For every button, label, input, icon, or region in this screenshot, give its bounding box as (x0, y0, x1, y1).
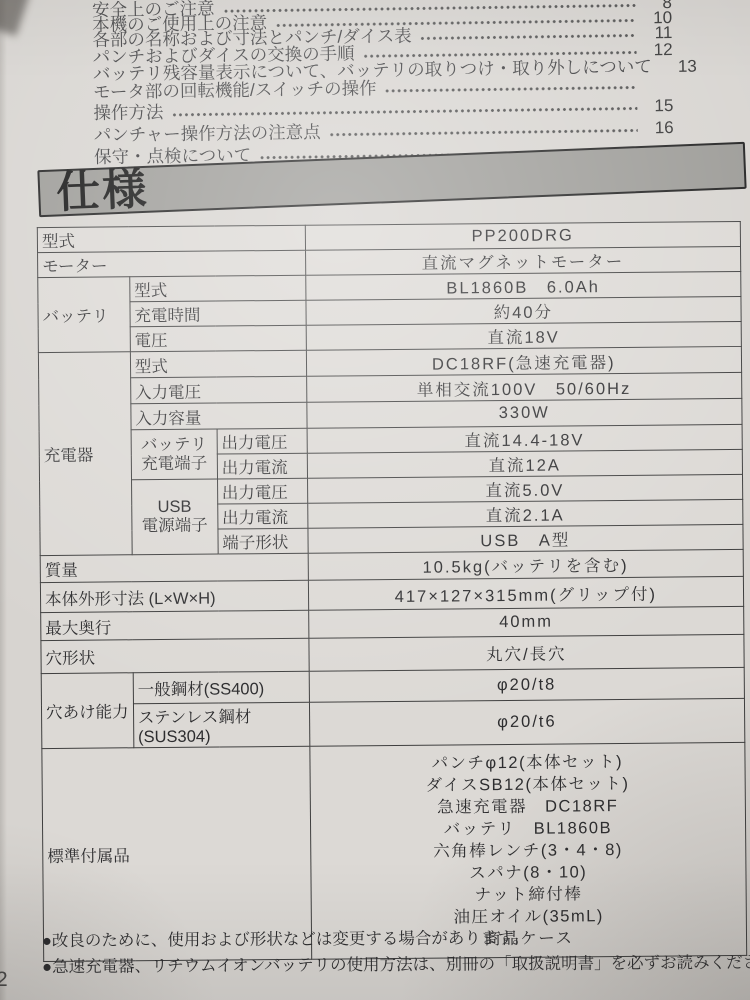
spec-value-cell: 10.5kg(バッテリを含む) (308, 549, 744, 580)
spec-group-cell: 充電器 (38, 352, 132, 556)
spec-value-cell: 単相交流100V 50/60Hz (306, 372, 742, 402)
spec-label-cell: 電圧 (130, 325, 306, 352)
spec-value-cell: 直流18V (306, 321, 742, 350)
toc-item: 操作方法 15 (93, 98, 673, 121)
spec-label-cell: 入力電圧 (130, 376, 306, 404)
spec-group-cell: 穴あけ能力 (41, 673, 133, 749)
section-title: 仕様 (39, 167, 149, 215)
spec-label-cell: モーター (38, 250, 306, 277)
spec-label-cell: 出力電圧 (217, 478, 307, 504)
group-line-1: バッテリ (141, 435, 207, 454)
group-line-1: USB (157, 498, 191, 516)
spec-value-cell: PP200DRG (305, 221, 741, 250)
spec-value-cell: BL1860B 6.0Ah (305, 271, 741, 300)
group-line-2: 充電端子 (141, 454, 207, 473)
spec-value-cell: φ20/t8 (309, 667, 745, 702)
toc-page-number: 11 (642, 25, 672, 40)
spec-value-cell: 直流2.1A (307, 499, 743, 528)
spec-group-cell: バッテリ充電端子 (131, 429, 217, 480)
footnotes: ●改良のために、使用および形状などは変更する場合があります。 ●急速充電器、リチ… (42, 924, 748, 980)
spec-label-cell: 型式 (130, 350, 306, 378)
spec-value-cell: DC18RF(急速充電器) (306, 346, 742, 376)
spec-value-cell: 直流12A (307, 449, 743, 478)
table-of-contents: 安全上のご注意 8 本機のご使用上の注意 10 各部の名称および寸法とパンチ/ダ… (92, 0, 674, 165)
spec-label-cell: 出力電流 (217, 503, 307, 529)
spec-value-cell: 直流5.0V (307, 474, 743, 503)
group-line-2: 電源端子 (142, 517, 208, 536)
spec-label-cell: 型式 (37, 225, 305, 252)
spec-label-cell: 充電時間 (130, 300, 306, 327)
spec-value-cell: 417×127×315mm(グリップ付) (308, 576, 744, 610)
toc-item-label: モータ部の回転機能/スイッチの操作 (93, 81, 377, 100)
spec-table-wrapper: 型式 PP200DRG モーター 直流マグネットモーター バッテリ 型式 BL1… (37, 221, 747, 962)
toc-dot-leader (386, 84, 638, 94)
spec-label-cell: 質量 (40, 553, 308, 582)
footnote: ●急速充電器、リチウムイオンバッテリの使用方法は、別冊の「取扱説明書」を必ずお読… (42, 950, 748, 980)
spec-value-cell: 直流14.4-18V (307, 424, 743, 453)
toc-page-number: 15 (643, 98, 673, 113)
spec-label-cell: 入力容量 (131, 402, 307, 430)
spec-group-cell: USB電源端子 (131, 479, 218, 555)
spec-value-cell: 約40分 (306, 296, 742, 325)
spec-label-cell: 一般鋼材(SS400) (133, 671, 309, 704)
toc-page-number: 16 (644, 120, 674, 135)
spec-label-cell: 穴形状 (41, 638, 309, 673)
toc-dot-leader (421, 32, 637, 41)
spec-label-cell: 端子形状 (218, 528, 308, 554)
toc-item: モータ部の回転機能/スイッチの操作 (93, 77, 673, 100)
spec-table: 型式 PP200DRG モーター 直流マグネットモーター バッテリ 型式 BL1… (37, 221, 747, 962)
toc-item-label: パンチャー操作方法の注意点 (94, 125, 321, 143)
toc-item-label: 操作方法 (93, 105, 163, 121)
spec-value-cell: φ20/t6 (309, 698, 745, 746)
spec-label-cell: 型式 (130, 275, 306, 302)
toc-page-number: 12 (642, 42, 672, 57)
manual-page: 安全上のご注意 8 本機のご使用上の注意 10 各部の名称および寸法とパンチ/ダ… (0, 0, 750, 1000)
page-edge-shadow (0, 0, 7, 1000)
toc-item: パンチャー操作方法の注意点 16 (94, 120, 674, 143)
spec-group-cell: バッテリ (38, 277, 130, 353)
spec-label-cell: 出力電流 (217, 453, 307, 479)
spec-label-cell: ステンレス鋼材(SUS304) (133, 702, 309, 748)
spec-label-cell: 本体外形寸法 (L×W×H) (40, 580, 308, 612)
spec-label-cell: 最大奥行 (41, 610, 309, 640)
toc-page-number: 13 (667, 59, 697, 74)
toc-dot-leader (172, 105, 637, 117)
spec-value-cell: 丸穴/長穴 (308, 634, 744, 671)
spec-value-cell: 直流マグネットモーター (305, 246, 741, 275)
spec-label-cell: 出力電圧 (217, 428, 307, 454)
toc-dot-leader (330, 127, 638, 137)
spec-value-cell: USB A型 (308, 524, 744, 553)
spec-value-cell: 330W (306, 398, 742, 428)
spec-value-cell: 40mm (308, 606, 744, 638)
